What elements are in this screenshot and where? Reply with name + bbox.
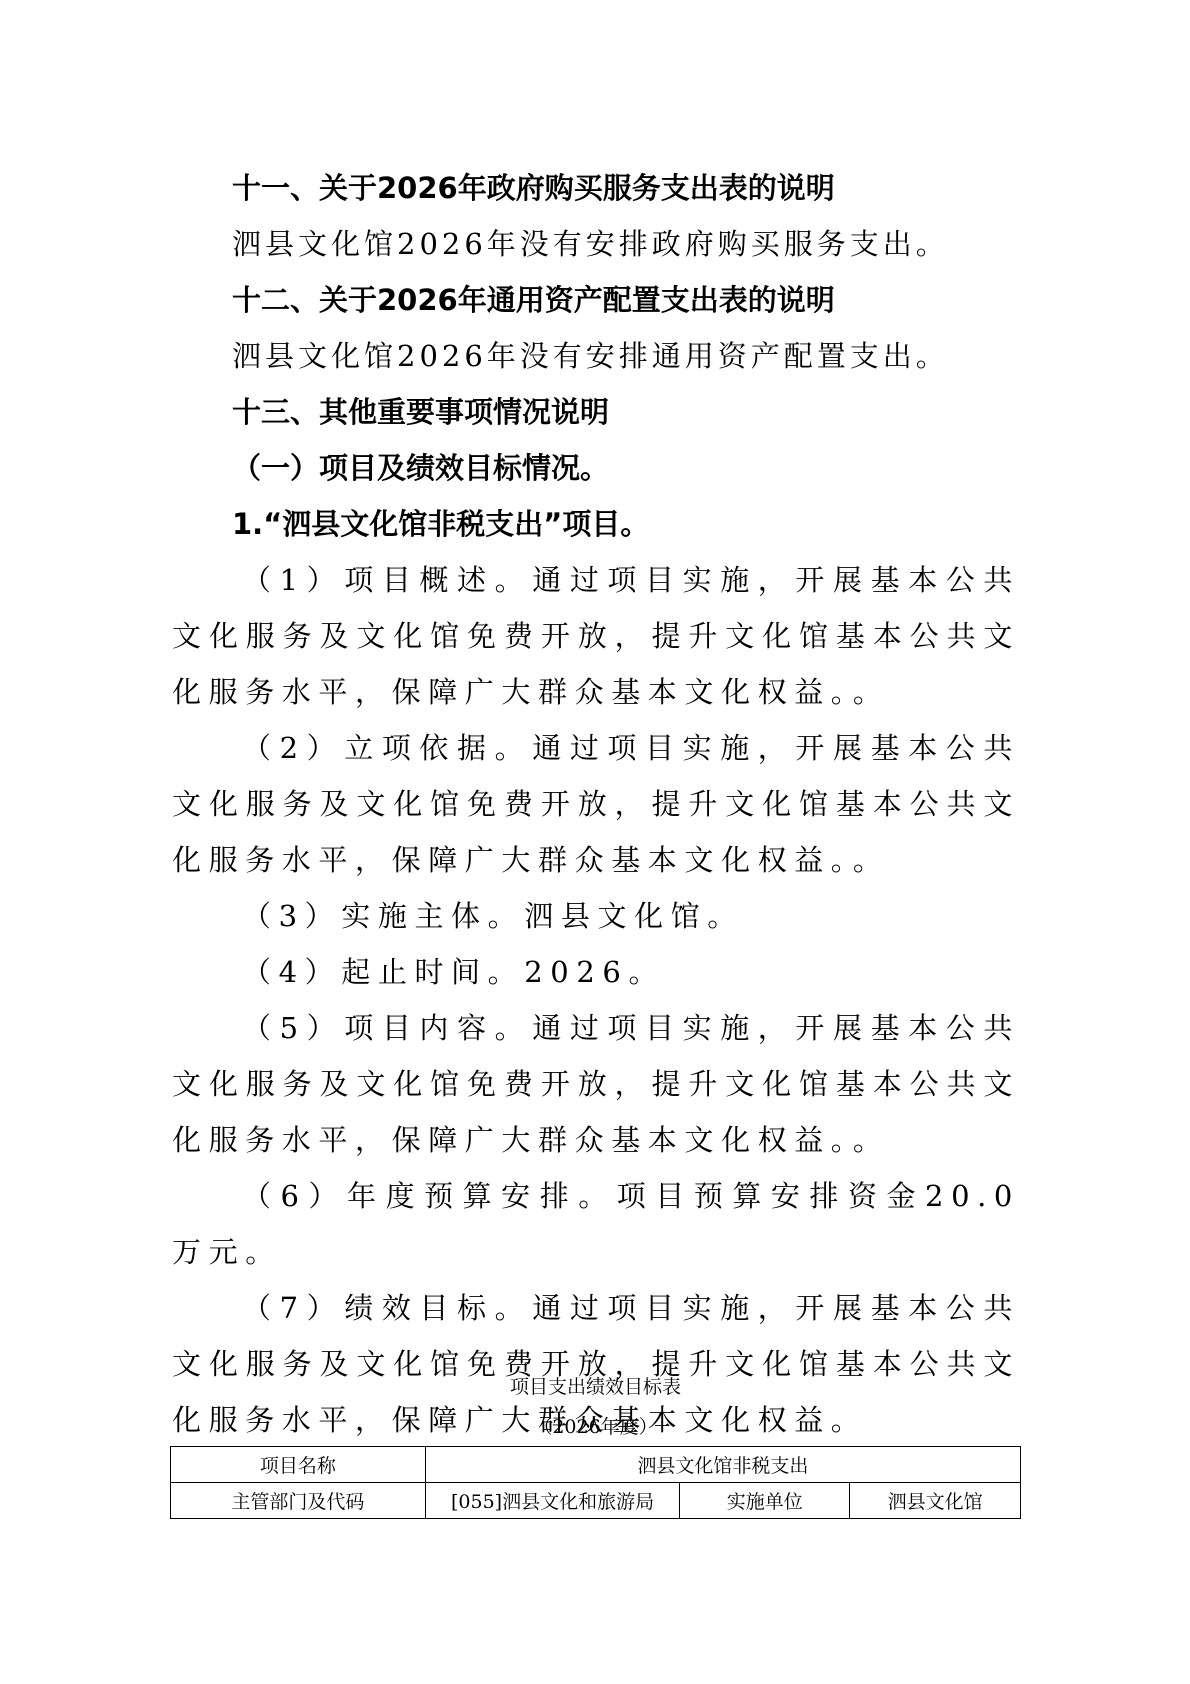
table-cell-label: 主管部门及代码 — [171, 1483, 426, 1519]
document-page: 十一、关于2026年政府购买服务支出表的说明 泗县文化馆2026年没有安排政府购… — [172, 160, 1020, 1448]
performance-table: 项目名称 泗县文化馆非税支出 主管部门及代码 [055]泗县文化和旅游局 实施单… — [170, 1446, 1021, 1519]
table-title: 项目支出绩效目标表 — [170, 1370, 1021, 1404]
section-13-subheading: （一）项目及绩效目标情况。 — [172, 440, 1020, 496]
project-heading: 1.“泗县文化馆非税支出”项目。 — [172, 496, 1020, 552]
table-cell-value: [055]泗县文化和旅游局 — [425, 1483, 680, 1519]
section-11-heading: 十一、关于2026年政府购买服务支出表的说明 — [172, 160, 1020, 216]
section-12-body: 泗县文化馆2026年没有安排通用资产配置支出。 — [172, 328, 1020, 384]
section-11-body: 泗县文化馆2026年没有安排政府购买服务支出。 — [172, 216, 1020, 272]
section-13-heading: 十三、其他重要事项情况说明 — [172, 384, 1020, 440]
table-cell-value: 泗县文化馆 — [850, 1483, 1021, 1519]
table-cell-label: 实施单位 — [680, 1483, 850, 1519]
table-titles: 项目支出绩效目标表 （2026年度） — [170, 1374, 1021, 1444]
table-cell-value: 泗县文化馆非税支出 — [425, 1447, 1020, 1483]
table-subtitle: （2026年度） — [170, 1410, 1021, 1444]
item-basis: （2）立项依据。通过项目实施，开展基本公共文化服务及文化馆免费开放，提升文化馆基… — [172, 720, 1020, 888]
table-row: 主管部门及代码 [055]泗县文化和旅游局 实施单位 泗县文化馆 — [171, 1483, 1021, 1519]
table-row: 项目名称 泗县文化馆非税支出 — [171, 1447, 1021, 1483]
item-content: （5）项目内容。通过项目实施，开展基本公共文化服务及文化馆免费开放，提升文化馆基… — [172, 1000, 1020, 1168]
section-12-heading: 十二、关于2026年通用资产配置支出表的说明 — [172, 272, 1020, 328]
item-implementer: （3）实施主体。泗县文化馆。 — [172, 888, 1020, 944]
item-budget: （6）年度预算安排。项目预算安排资金20.0万元。 — [172, 1168, 1020, 1280]
item-overview: （1）项目概述。通过项目实施，开展基本公共文化服务及文化馆免费开放，提升文化馆基… — [172, 552, 1020, 720]
item-period: （4）起止时间。2026。 — [172, 944, 1020, 1000]
table-cell-label: 项目名称 — [171, 1447, 426, 1483]
